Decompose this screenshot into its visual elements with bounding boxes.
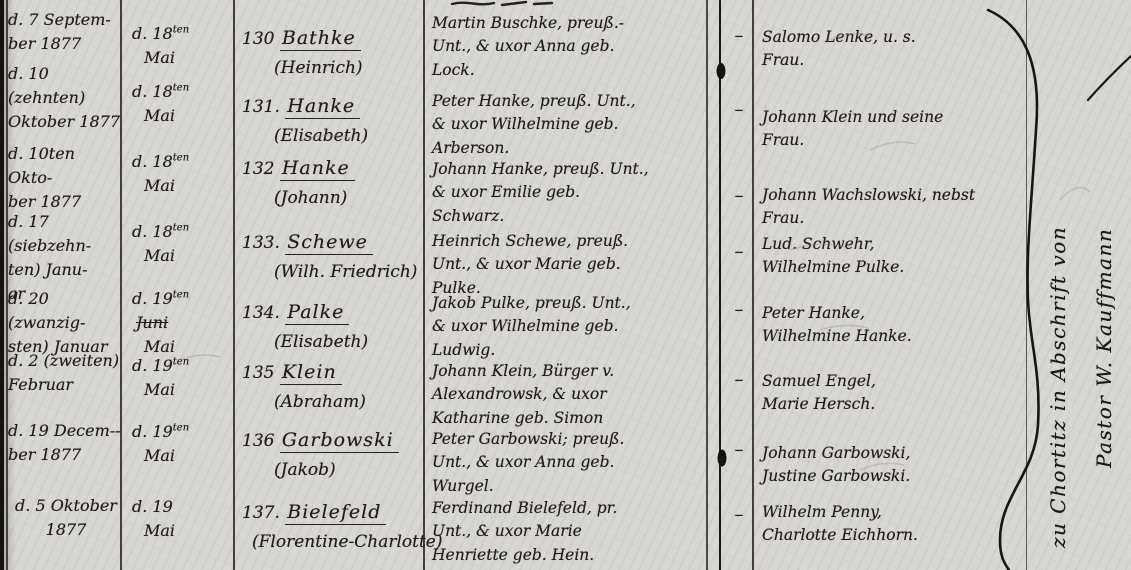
entry-number: 134. [242,303,280,323]
baptism-day: d. 18 [132,82,173,101]
register-row: d. 17 (siebzehn- ten) Janu- ar d. 18tenM… [0,0,1131,570]
baptism-date: d. 18tenMai [132,80,228,128]
ordinal-suffix: ten [173,290,189,301]
column-rule-3 [423,0,425,570]
parents-entry: Peter Garbowski; preuß. Unt., & uxor Ann… [432,428,720,498]
child-surname: Garbowski [280,429,399,453]
baptism-day: d. 19 [132,356,173,375]
entry-number: 131. [242,97,280,117]
birth-date: d. 17 (siebzehn- ten) Janu- ar [8,210,124,306]
baptism-date: d. 19tenMai [132,354,228,402]
parents-entry: Ferdinand Bielefeld, pr. Unt., & uxor Ma… [432,497,720,567]
entry-number: 133. [242,233,280,253]
margin-annotation-line2: Pastor W. Kauffmann [1092,228,1116,468]
bleed-through-strokes [180,34,1090,470]
witnesses-entry: Lud. Schwehr, Wilhelmine Pulke. [762,233,1024,280]
parents-entry: Johann Hanke, preuß. Unt., & uxor Emilie… [432,158,720,228]
child-given-name: (Heinrich) [242,54,432,83]
child-given-name: (Elisabeth) [242,122,432,151]
birth-date: d. 5 Oktober 1877 [8,494,124,542]
column-rule-7 [1026,0,1027,570]
witnesses-entry: Johann Wachslowski, nebst Frau. [762,184,1024,231]
birth-date: d. 10 (zehnten) Oktober 1877 [8,62,124,134]
register-page: d. 7 Septem- ber 1877 d. 18tenMai 130 Ba… [0,0,1131,570]
separator-dash: – [726,296,752,323]
baptism-month: Mai [132,104,228,128]
register-row: d. 10 (zehnten) Oktober 1877 d. 18tenMai… [0,0,1131,570]
entry-name: 137. Bielefeld(Florentine-Charlotte) [242,496,432,557]
parents-entry: Johann Klein, Bürger v. Alexandrowsk, & … [432,360,720,430]
child-surname: Hanke [285,95,360,119]
cutoff-text-fragment [452,2,552,5]
baptism-month: Mai [132,378,228,402]
separator-dash: – [726,96,752,123]
margin-annotation-line1: zu Chortitz in Abschrift von [1046,226,1070,548]
register-row: d. 10ten Okto- ber 1877 d. 18tenMai 132 … [0,0,1131,570]
parents-entry: Heinrich Schewe, preuß. Unt., & uxor Mar… [432,230,720,300]
corner-flourish [1088,56,1131,100]
baptism-day: d. 18 [132,24,173,43]
baptism-date: d. 19Mai [132,495,228,543]
register-row: d. 20 (zwanzig- sten) Januar d. 19tenJun… [0,0,1131,570]
entry-number: 137. [242,503,280,523]
birth-date: d. 2 (zweiten) Februar [8,349,124,397]
entry-name: 132 Hanke(Johann) [242,152,432,213]
separator-dash: – [726,436,752,463]
baptism-day: d. 19 [132,289,173,308]
entry-number: 132 [242,159,274,179]
register-row: d. 7 Septem- ber 1877 d. 18tenMai 130 Ba… [0,0,1131,570]
child-given-name: (Wilh. Friedrich) [242,258,432,287]
baptism-month: Mai [132,174,228,198]
entry-name: 130 Bathke(Heinrich) [242,22,432,83]
child-given-name: (Elisabeth) [242,328,432,357]
parents-entry: Peter Hanke, preuß. Unt., & uxor Wilhelm… [432,90,720,160]
child-surname: Schewe [285,231,373,255]
child-surname: Klein [280,361,342,385]
ordinal-suffix: ten [173,153,189,164]
column-rule-2 [233,0,235,570]
separator-dash: – [726,366,752,393]
separator-dash: – [726,501,752,528]
entry-number: 130 [242,29,274,49]
separator-dash: – [726,238,752,265]
column-rule-1 [120,0,122,570]
baptism-date: d. 18tenMai [132,220,228,268]
ordinal-suffix: ten [173,223,189,234]
child-given-name: (Florentine-Charlotte) [242,528,432,557]
baptism-month: Mai [132,519,228,543]
baptism-date: d. 19tenMai [132,420,228,468]
child-given-name: (Abraham) [242,388,432,417]
ordinal-suffix: ten [173,83,189,94]
entry-number: 136 [242,431,274,451]
entry-name: 136 Garbowski(Jakob) [242,424,432,485]
child-surname: Palke [285,301,349,325]
baptism-month: Mai [132,244,228,268]
parents-entry: Martin Buschke, preuß.- Unt., & uxor Ann… [432,12,720,82]
register-row: d. 5 Oktober 1877 d. 19Mai 137. Bielefel… [0,0,1131,570]
ink-flourish-overlay [0,0,1131,570]
ink-blot [717,63,726,79]
ordinal-suffix: ten [173,25,189,36]
witnesses-entry: Samuel Engel, Marie Hersch. [762,370,1024,417]
birth-date: d. 10ten Okto- ber 1877 [8,142,124,214]
entry-name: 134. Palke(Elisabeth) [242,296,432,357]
child-given-name: (Johann) [242,184,432,213]
baptism-day: d. 18 [132,222,173,241]
bracket-flourish [988,10,1039,570]
baptism-day: d. 19 [132,422,173,441]
column-rule-5 [719,0,721,570]
witnesses-entry: Salomo Lenke, u. s. Frau. [762,26,1024,73]
witnesses-entry: Johann Garbowski, Justine Garbowski. [762,442,1024,489]
page-edge-rule [0,0,4,570]
entry-name: 131. Hanke(Elisabeth) [242,90,432,151]
ordinal-suffix: ten [173,423,189,434]
column-rule-4 [706,0,708,570]
birth-date: d. 20 (zwanzig- sten) Januar [8,287,124,359]
baptism-day: d. 19 [132,497,173,516]
child-surname: Hanke [280,157,355,181]
baptism-date: d. 19tenJuniMai [132,287,228,359]
parents-entry: Jakob Pulke, preuß. Unt., & uxor Wilhelm… [432,292,720,362]
baptism-date: d. 18tenMai [132,22,228,70]
baptism-day: d. 18 [132,152,173,171]
child-surname: Bielefeld [285,501,386,525]
register-row: d. 19 Decem-- ber 1877 d. 19tenMai 136 G… [0,0,1131,570]
child-surname: Bathke [280,27,361,51]
birth-date: d. 19 Decem-- ber 1877 [8,419,124,467]
witnesses-entry: Johann Klein und seine Frau. [762,106,1024,153]
separator-dash: – [726,22,752,49]
register-row: d. 2 (zweiten) Februar d. 19tenMai 135 K… [0,0,1131,570]
entry-name: 135 Klein(Abraham) [242,356,432,417]
baptism-date: d. 18tenMai [132,150,228,198]
birth-date: d. 7 Septem- ber 1877 [8,8,124,56]
column-rule-6 [752,0,754,570]
separator-dash: – [726,182,752,209]
ordinal-suffix: ten [173,357,189,368]
baptism-month: Mai [132,46,228,70]
witnesses-entry: Wilhelm Penny, Charlotte Eichhorn. [762,501,1024,548]
ink-blot [718,450,727,467]
entry-number: 135 [242,363,274,383]
baptism-month: Mai [132,335,228,359]
witnesses-entry: Peter Hanke, Wilhelmine Hanke. [762,302,1024,349]
baptism-month: Mai [132,444,228,468]
struck-month: Juni [132,311,228,335]
entry-name: 133. Schewe(Wilh. Friedrich) [242,226,432,287]
child-given-name: (Jakob) [242,456,432,485]
page-edge-rule-2 [6,0,8,570]
